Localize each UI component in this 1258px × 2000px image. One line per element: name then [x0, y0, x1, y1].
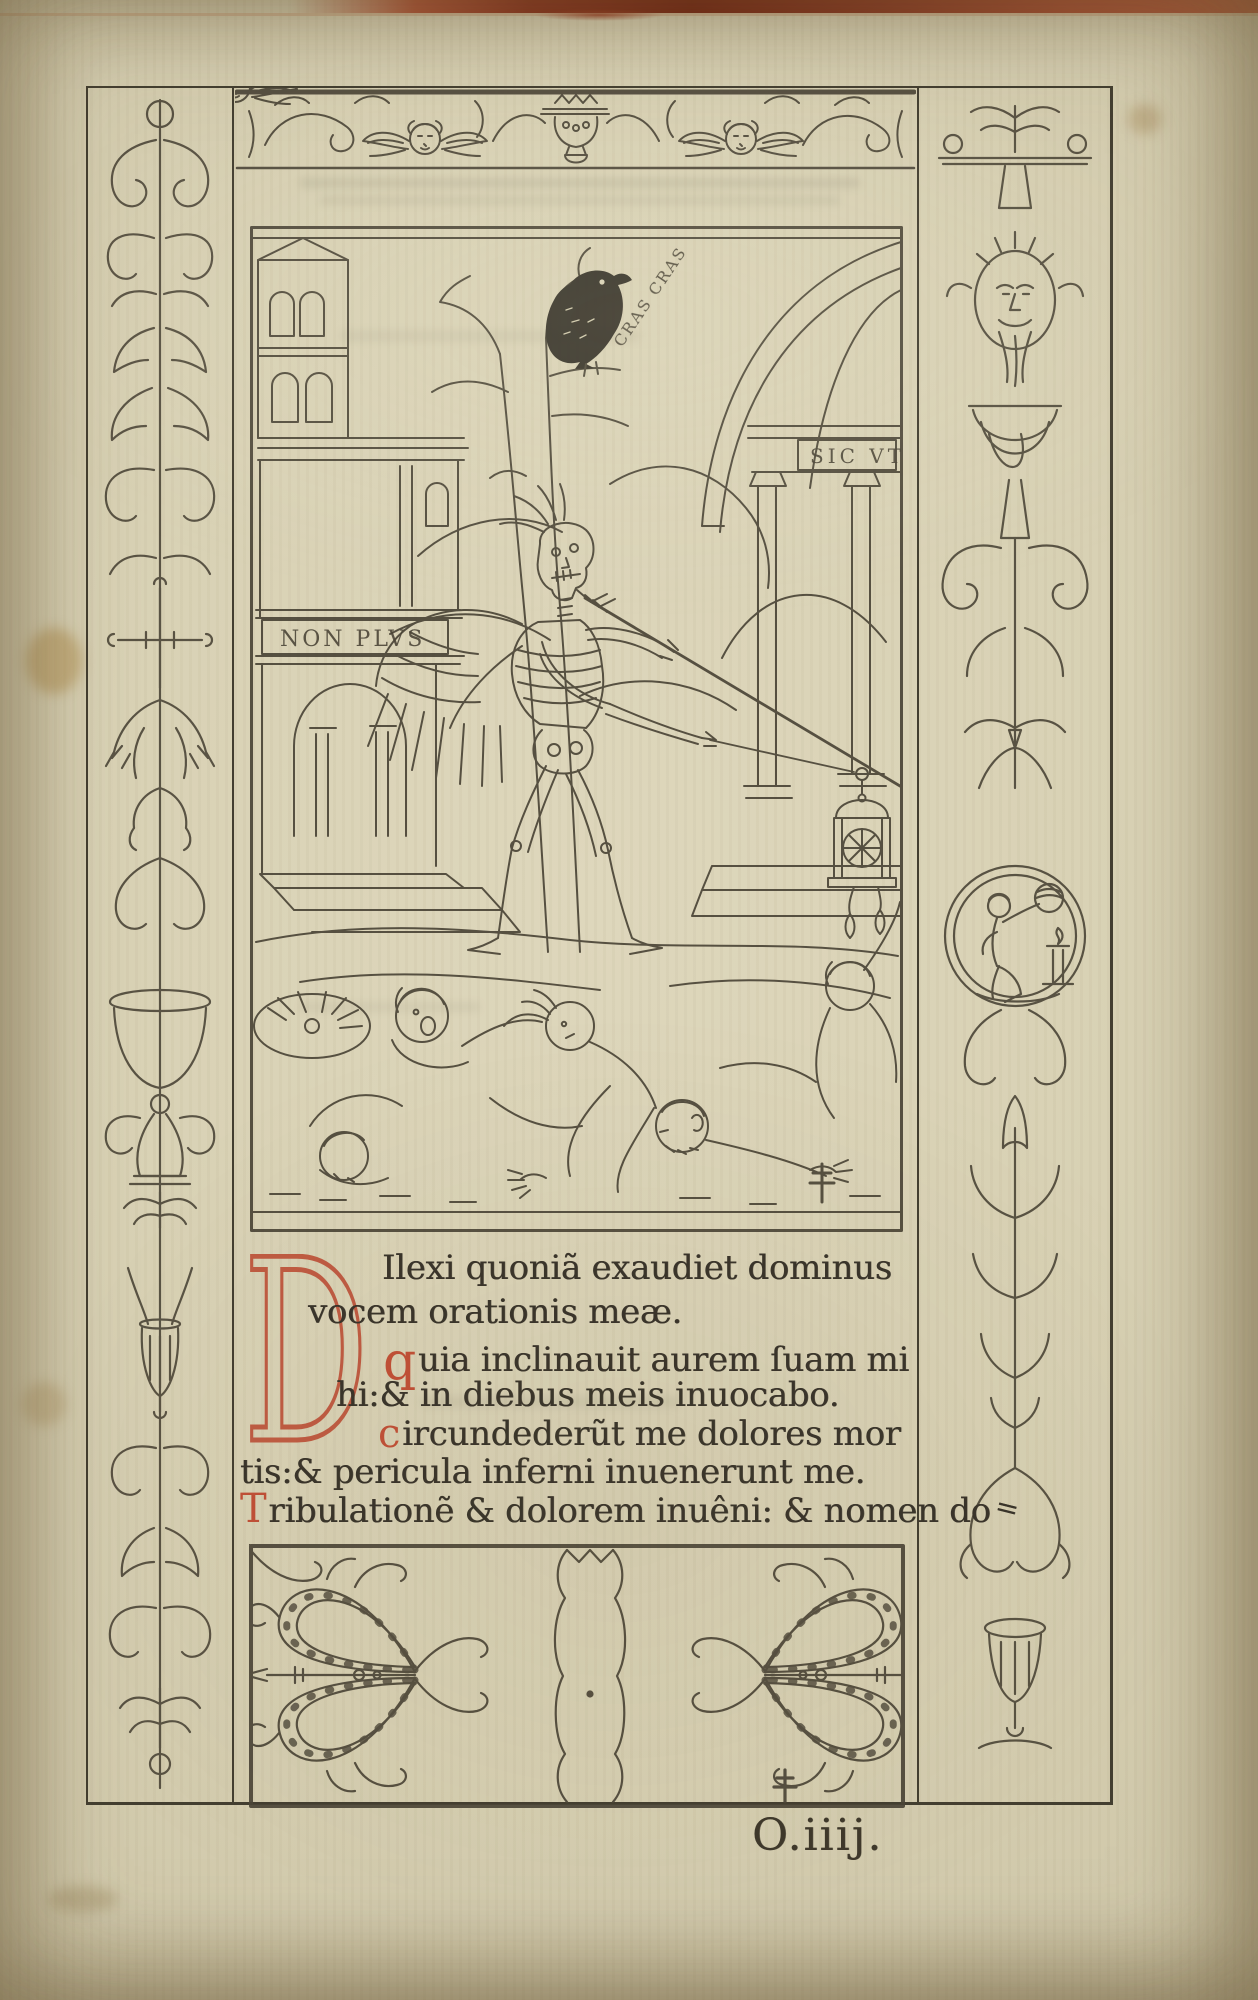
top-frieze-ornament	[235, 87, 916, 170]
foxing-spot	[48, 1886, 118, 1912]
psalm-line: quia inclinauit aurem ſuam mi	[383, 1334, 909, 1380]
psalm-line: circundederũt me dolores mor	[378, 1412, 901, 1454]
raven	[546, 270, 632, 376]
psalm-line: Ilexi quoniã exaudiet dominus	[382, 1248, 892, 1288]
bleedthrough-text	[320, 196, 840, 205]
death-figure	[368, 484, 900, 954]
right-border-ornament	[919, 88, 1111, 1802]
bleedthrough-text	[300, 178, 860, 188]
foxing-spot	[26, 628, 82, 694]
psalm-text-block: Ilexi quoniã exaudiet dominus vocem orat…	[240, 1246, 930, 1551]
bottom-panel-ornament	[249, 1544, 905, 1808]
foxing-spot	[1128, 104, 1162, 134]
red-edge-smudge	[534, 9, 664, 21]
lorraine-cross-icon	[810, 1164, 834, 1202]
lantern	[828, 768, 896, 938]
left-building	[256, 238, 520, 932]
foxing-spot	[22, 1382, 66, 1426]
psalm-line: vocem orationis meæ.	[308, 1292, 682, 1332]
death-woodcut: NON PLVS SIC VT CRAS CRAS	[250, 226, 903, 1232]
left-border-ornament	[88, 88, 232, 1802]
building-inscription: NON PLVS	[280, 627, 425, 652]
lorraine-cross-icon	[774, 1770, 796, 1802]
rubric-letter: T	[240, 1486, 266, 1532]
quire-signature: O.iiij.	[752, 1810, 883, 1861]
right-arcade	[692, 242, 901, 916]
psalm-line: hi:& in diebus meis inuocabo.	[336, 1375, 839, 1415]
psalm-line: tis:& pericula inferni inuenerunt me.	[240, 1452, 865, 1492]
rubric-letter: c	[378, 1411, 400, 1457]
arch-inscription: SIC VT	[810, 444, 903, 468]
book-page-scan: NON PLVS SIC VT CRAS CRAS	[0, 0, 1258, 2000]
psalm-line: Tribulationẽ & dolorem inuêni: & nomen d…	[240, 1489, 1017, 1533]
frame-rule-left-inner	[232, 86, 234, 1805]
